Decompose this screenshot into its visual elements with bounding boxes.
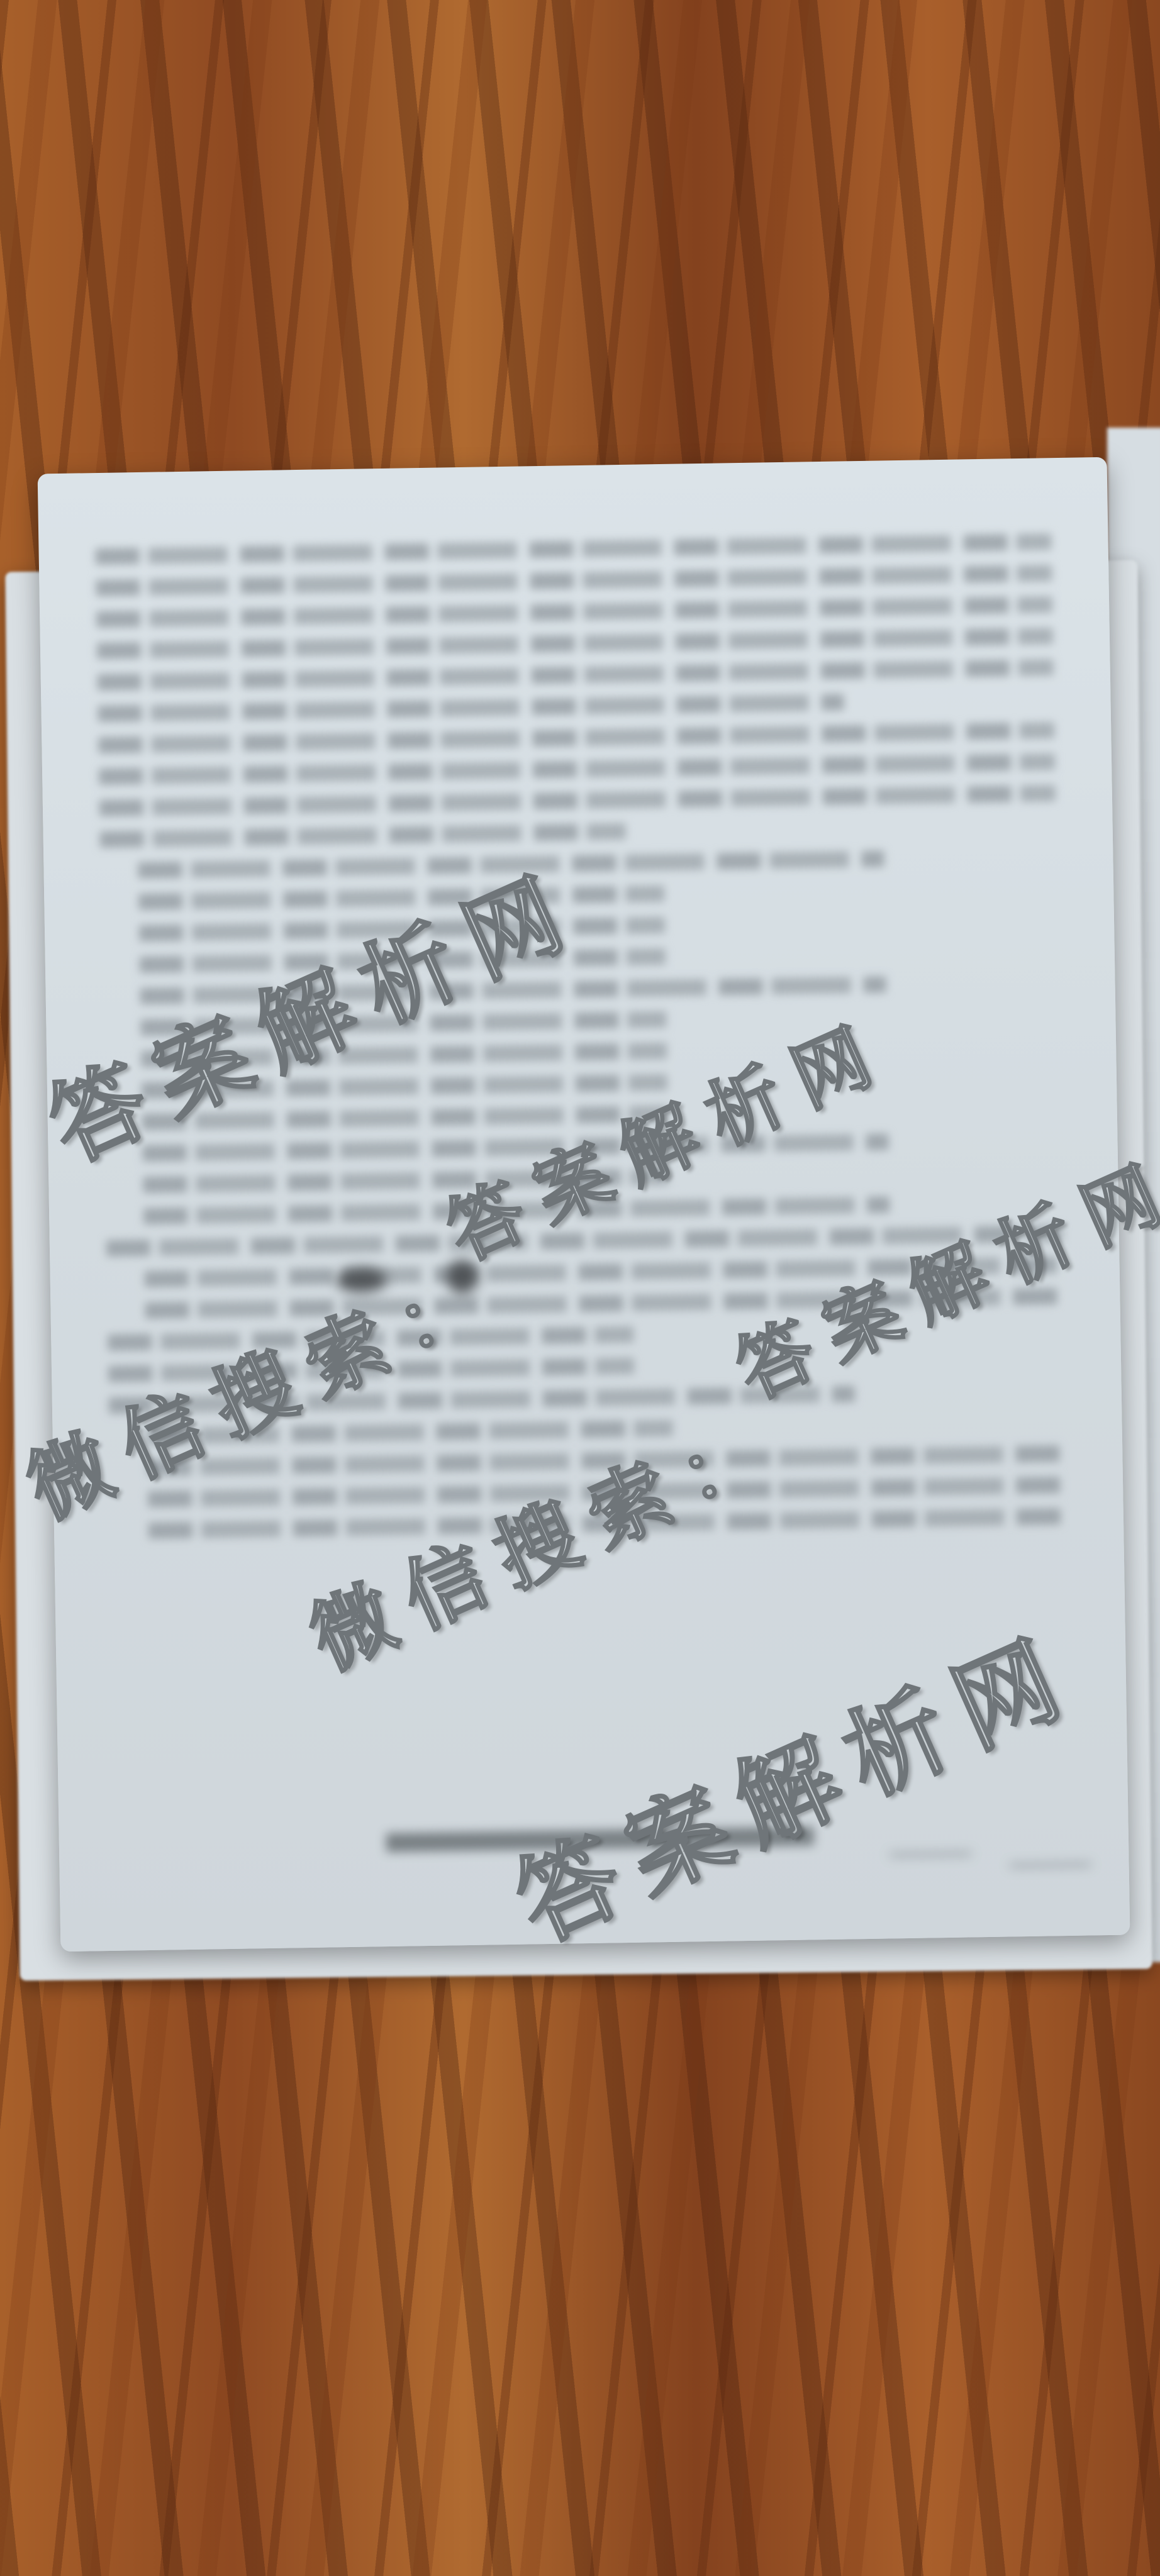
- blurred-text-line: [96, 596, 1052, 628]
- blurred-text-line: [98, 694, 844, 722]
- blurred-text-line: [96, 533, 1052, 565]
- blurred-text-line: [98, 659, 1054, 691]
- blurred-text-line: [99, 753, 1055, 785]
- handwritten-mark: [889, 1814, 971, 1857]
- handwritten-mark: [1009, 1824, 1091, 1867]
- blurred-text-line: [99, 785, 1056, 816]
- blurred-text-line: [96, 565, 1052, 596]
- blurred-text-line: [98, 722, 1054, 753]
- blurred-text-line: [97, 628, 1053, 659]
